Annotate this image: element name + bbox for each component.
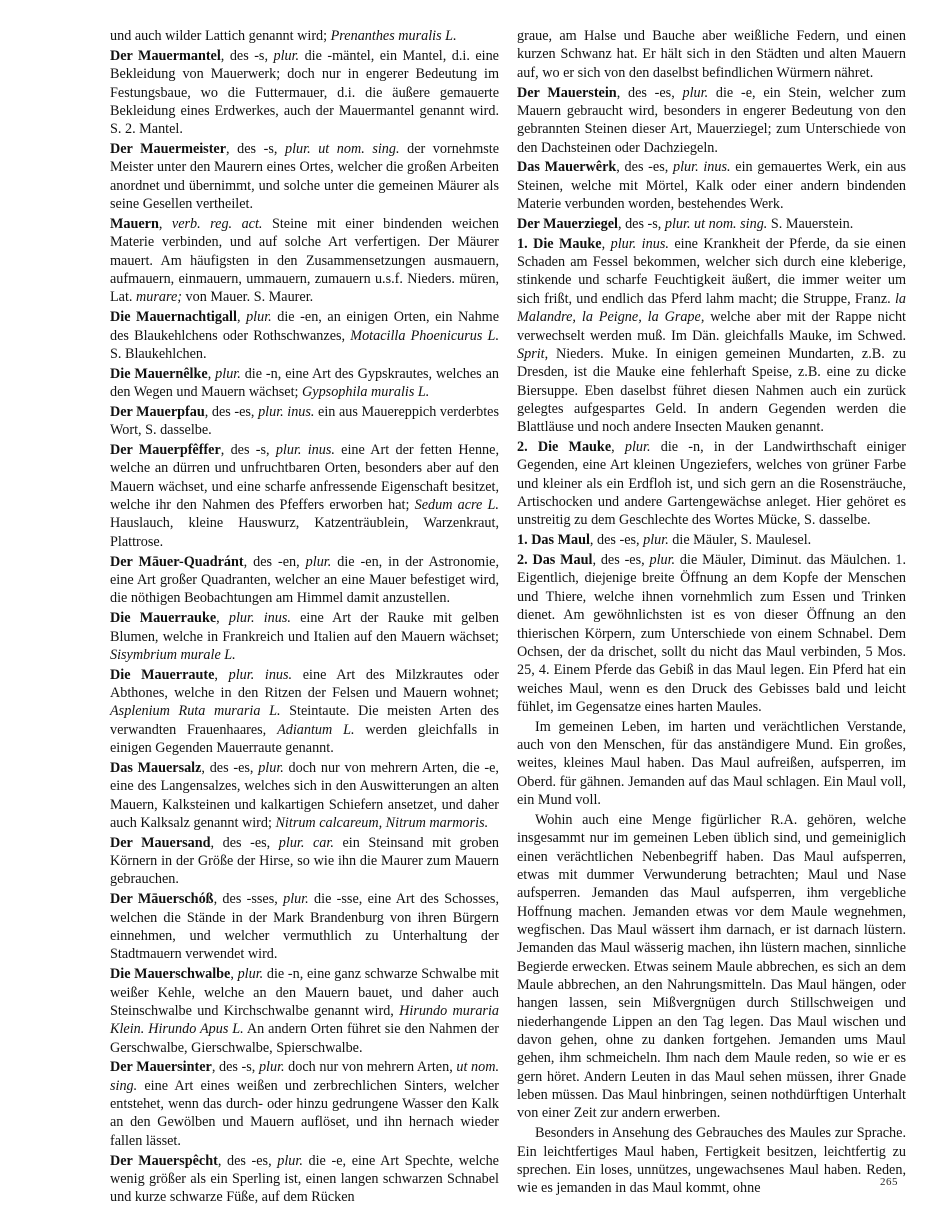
dictionary-entry-mauern: Mauern, verb. reg. act. Steine mit einer… bbox=[110, 215, 499, 307]
right-column: graue, am Halse und Bauche aber weißlich… bbox=[517, 27, 906, 1199]
entry-text: Hauslauch, kleine Hauswurz, Katzenträubl… bbox=[110, 515, 499, 549]
page-number: 265 bbox=[880, 1173, 898, 1191]
dictionary-entry-cont-lattich: und auch wilder Lattich genannt wird; Pr… bbox=[110, 27, 499, 45]
entry-text: , des -es, bbox=[218, 1153, 277, 1169]
entry-headword: 1. Das Maul bbox=[517, 532, 590, 548]
entry-italic-term: plur. ut nom. sing. bbox=[285, 141, 400, 157]
entry-headword: Die Mauerraute bbox=[110, 667, 214, 683]
entry-text: S. Blaukehlchen. bbox=[110, 346, 207, 362]
entry-italic-term: murare; bbox=[136, 289, 182, 305]
entry-text: Wohin auch eine Menge figürlicher R.A. g… bbox=[517, 812, 906, 1122]
entry-text: , des -sses, bbox=[214, 891, 284, 907]
entry-italic-term: Sprit bbox=[517, 346, 545, 362]
entry-italic-term: plur. bbox=[215, 366, 241, 382]
dictionary-entry-maul-1: 1. Das Maul, des -es, plur. die Mäuler, … bbox=[517, 531, 906, 549]
dictionary-entry-mauerrauke: Die Mauerrauke, plur. inus. eine Art der… bbox=[110, 609, 499, 664]
entry-italic-term: plur. car. bbox=[279, 835, 334, 851]
entry-headword: Der Mauerspêcht bbox=[110, 1153, 218, 1169]
entry-italic-term: Sisymbrium murale L. bbox=[110, 647, 236, 663]
entry-headword: Der Mauerziegel bbox=[517, 216, 618, 232]
entry-italic-term: Prenanthes muralis L. bbox=[331, 28, 457, 44]
entry-italic-term: plur. bbox=[283, 891, 309, 907]
dictionary-entry-mauerraute: Die Mauerraute, plur. inus. eine Art des… bbox=[110, 666, 499, 758]
entry-italic-term: verb. reg. act. bbox=[172, 216, 263, 232]
dictionary-entry-mauersinter: Der Mauersinter, des -s, plur. doch nur … bbox=[110, 1058, 499, 1150]
entry-text: , bbox=[237, 309, 246, 325]
dictionary-entry-cont-specht: graue, am Halse und Bauche aber weißlich… bbox=[517, 27, 906, 82]
entry-italic-term: plur. inus. bbox=[276, 442, 335, 458]
entry-text: , des -s, bbox=[221, 48, 274, 64]
entry-headword: Mauern bbox=[110, 216, 159, 232]
entry-text: , bbox=[214, 667, 228, 683]
entry-text: Im gemeinen Leben, im harten und verächt… bbox=[517, 719, 906, 808]
dictionary-entry-mauerspecht: Der Mauerspêcht, des -es, plur. die -e, … bbox=[110, 1152, 499, 1207]
entry-italic-term: plur. inus. bbox=[611, 236, 669, 252]
entry-text: , des -s, bbox=[226, 141, 285, 157]
left-column: und auch wilder Lattich genannt wird; Pr… bbox=[110, 27, 499, 1208]
entry-text: , des -es, bbox=[590, 532, 643, 548]
entry-italic-term: Asplenium Ruta muraria L. bbox=[110, 703, 281, 719]
entry-text: die Mäuler, S. Maulesel. bbox=[669, 532, 811, 548]
entry-italic-term: Adiantum L. bbox=[277, 722, 354, 738]
entry-italic-term: plur. bbox=[277, 1153, 303, 1169]
entry-italic-term: plur. bbox=[643, 532, 669, 548]
entry-text: , des -s, bbox=[618, 216, 665, 232]
entry-headword: Die Mauerschwalbe bbox=[110, 966, 230, 982]
dictionary-entry-mauerziegel: Der Mauerziegel, des -s, plur. ut nom. s… bbox=[517, 215, 906, 233]
entry-text: , des -es, bbox=[616, 159, 673, 175]
entry-italic-term: Nitrum calca­reum, Nitrum marmoris. bbox=[275, 815, 488, 831]
entry-headword: Die Mauerrauke bbox=[110, 610, 216, 626]
entry-headword: Das Mauerwêrk bbox=[517, 159, 616, 175]
dictionary-entry-mauerstein: Der Mauerstein, des -es, plur. die -e, e… bbox=[517, 84, 906, 157]
entry-headword: Der Māuer-Quadránt bbox=[110, 554, 244, 570]
entry-headword: Der Mauermeister bbox=[110, 141, 226, 157]
entry-italic-term: plur. inus. bbox=[673, 159, 731, 175]
entry-text: , des -s, bbox=[221, 442, 276, 458]
dictionary-entry-mauerpfeffer: Der Mauerpfêffer, des -s, plur. inus. ei… bbox=[110, 441, 499, 551]
dictionary-entry-mauerquadrant: Der Māuer-Quadránt, des -en, plur. die -… bbox=[110, 553, 499, 608]
entry-italic-term: plur. bbox=[625, 439, 651, 455]
entry-headword: 2. Die Mauke bbox=[517, 439, 611, 455]
entry-headword: 1. Die Mauke bbox=[517, 236, 602, 252]
entry-headword: Die Mauernêlke bbox=[110, 366, 208, 382]
entry-italic-term: plur. inus. bbox=[229, 610, 291, 626]
dictionary-entry-mauersalz: Das Mauersalz, des -es, plur. doch nur v… bbox=[110, 759, 499, 832]
entry-text: , Nieders. Muke. In einigen gemeinen Mun… bbox=[517, 346, 906, 435]
dictionary-entry-mauersand: Der Mauersand, des -es, plur. car. ein S… bbox=[110, 834, 499, 889]
entry-italic-term: Motacilla Phoenicurus L. bbox=[350, 328, 499, 344]
entry-text: , des -en, bbox=[244, 554, 306, 570]
dictionary-entry-mauernachtigall: Die Mauernachtigall, plur. die -en, an e… bbox=[110, 308, 499, 363]
dictionary-entry-maul-2: 2. Das Maul, des -es, plur. die Mäuler, … bbox=[517, 551, 906, 716]
entry-italic-term: plur. bbox=[258, 760, 284, 776]
entry-headword: Der Mauersinter bbox=[110, 1059, 212, 1075]
dictionary-entry-mauerschwalbe: Die Mauerschwalbe, plur. die -n, eine ga… bbox=[110, 965, 499, 1057]
entry-italic-term: plur. ut nom. sing. bbox=[665, 216, 767, 232]
entry-headword: Der Mauermantel bbox=[110, 48, 221, 64]
dictionary-entry-maul-2-p4: Besonders in Ansehung des Gebrauches des… bbox=[517, 1124, 906, 1197]
entry-text: und auch wilder Lattich genannt wird; bbox=[110, 28, 331, 44]
entry-italic-term: plur. bbox=[246, 309, 272, 325]
entry-italic-term: Sedum acre L. bbox=[415, 497, 499, 513]
entry-italic-term: plur. bbox=[238, 966, 264, 982]
entry-italic-term: plur. bbox=[273, 48, 299, 64]
entry-italic-term: plur. bbox=[683, 85, 709, 101]
entry-headword: Die Mauernachtigall bbox=[110, 309, 237, 325]
dictionary-entry-mauke-2: 2. Die Mauke, plur. die -n, in der Landw… bbox=[517, 438, 906, 530]
entry-italic-term: plur. bbox=[649, 552, 675, 568]
entry-italic-term: plur. bbox=[306, 554, 332, 570]
entry-headword: 2. Das Maul bbox=[517, 552, 592, 568]
entry-text: die Mäuler, Diminut. das Mäulchen. 1. Ei… bbox=[517, 552, 906, 715]
entry-headword: Der Mauerstein bbox=[517, 85, 617, 101]
entry-text: S. Mauerstein. bbox=[767, 216, 853, 232]
dictionary-entry-mauerpfau: Der Mauerpfau, des -es, plur. inus. ein … bbox=[110, 403, 499, 440]
entry-text: graue, am Halse und Bauche aber weißlich… bbox=[517, 28, 906, 81]
entry-text: Besonders in Ansehung des Gebrauches des… bbox=[517, 1125, 906, 1196]
entry-text: , des -es, bbox=[211, 835, 279, 851]
entry-italic-term: plur. bbox=[259, 1059, 285, 1075]
entry-text: , bbox=[230, 966, 237, 982]
dictionary-entry-mauermeister: Der Mauermeister, des -s, plur. ut nom. … bbox=[110, 140, 499, 213]
entry-text: , bbox=[602, 236, 611, 252]
entry-text: , des -s, bbox=[212, 1059, 259, 1075]
dictionary-entry-mauerschoss: Der Māuerschóß, des -sses, plur. die -ss… bbox=[110, 890, 499, 963]
dictionary-entry-mauerwerk: Das Mauerwêrk, des -es, plur. inus. ein … bbox=[517, 158, 906, 213]
dictionary-page: und auch wilder Lattich genannt wird; Pr… bbox=[0, 0, 935, 1210]
entry-italic-term: plur. inus. bbox=[258, 404, 314, 420]
entry-italic-term: plur. inus. bbox=[229, 667, 292, 683]
dictionary-entry-maul-2-p2: Im gemeinen Leben, im harten und verächt… bbox=[517, 718, 906, 810]
entry-headword: Der Mauersand bbox=[110, 835, 211, 851]
entry-text: , bbox=[159, 216, 172, 232]
entry-headword: Der Māuerschóß bbox=[110, 891, 214, 907]
entry-italic-term: Gypsophila muralis L. bbox=[302, 384, 429, 400]
entry-text: , bbox=[216, 610, 229, 626]
dictionary-entry-mauermantel: Der Mauermantel, des -s, plur. die -mänt… bbox=[110, 47, 499, 139]
entry-text: , bbox=[611, 439, 625, 455]
dictionary-entry-mauernelke: Die Mauernêlke, plur. die -n, eine Art d… bbox=[110, 365, 499, 402]
entry-text: , des -es, bbox=[201, 760, 258, 776]
entry-text: doch nur von mehrern Arten, bbox=[285, 1059, 457, 1075]
dictionary-entry-mauke-1: 1. Die Mauke, plur. inus. eine Krankheit… bbox=[517, 235, 906, 437]
dictionary-entry-maul-2-p3: Wohin auch eine Menge figürlicher R.A. g… bbox=[517, 811, 906, 1123]
entry-text: , des -es, bbox=[592, 552, 649, 568]
entry-text: , des -es, bbox=[205, 404, 258, 420]
entry-headword: Der Mauerpfau bbox=[110, 404, 205, 420]
entry-text: , des -es, bbox=[617, 85, 683, 101]
entry-headword: Der Mauerpfêffer bbox=[110, 442, 221, 458]
entry-text: von Mauer. S. Maurer. bbox=[182, 289, 313, 305]
entry-text: eine Art eines weißen und zerbrechlichen… bbox=[110, 1078, 499, 1149]
entry-headword: Das Mauersalz bbox=[110, 760, 201, 776]
